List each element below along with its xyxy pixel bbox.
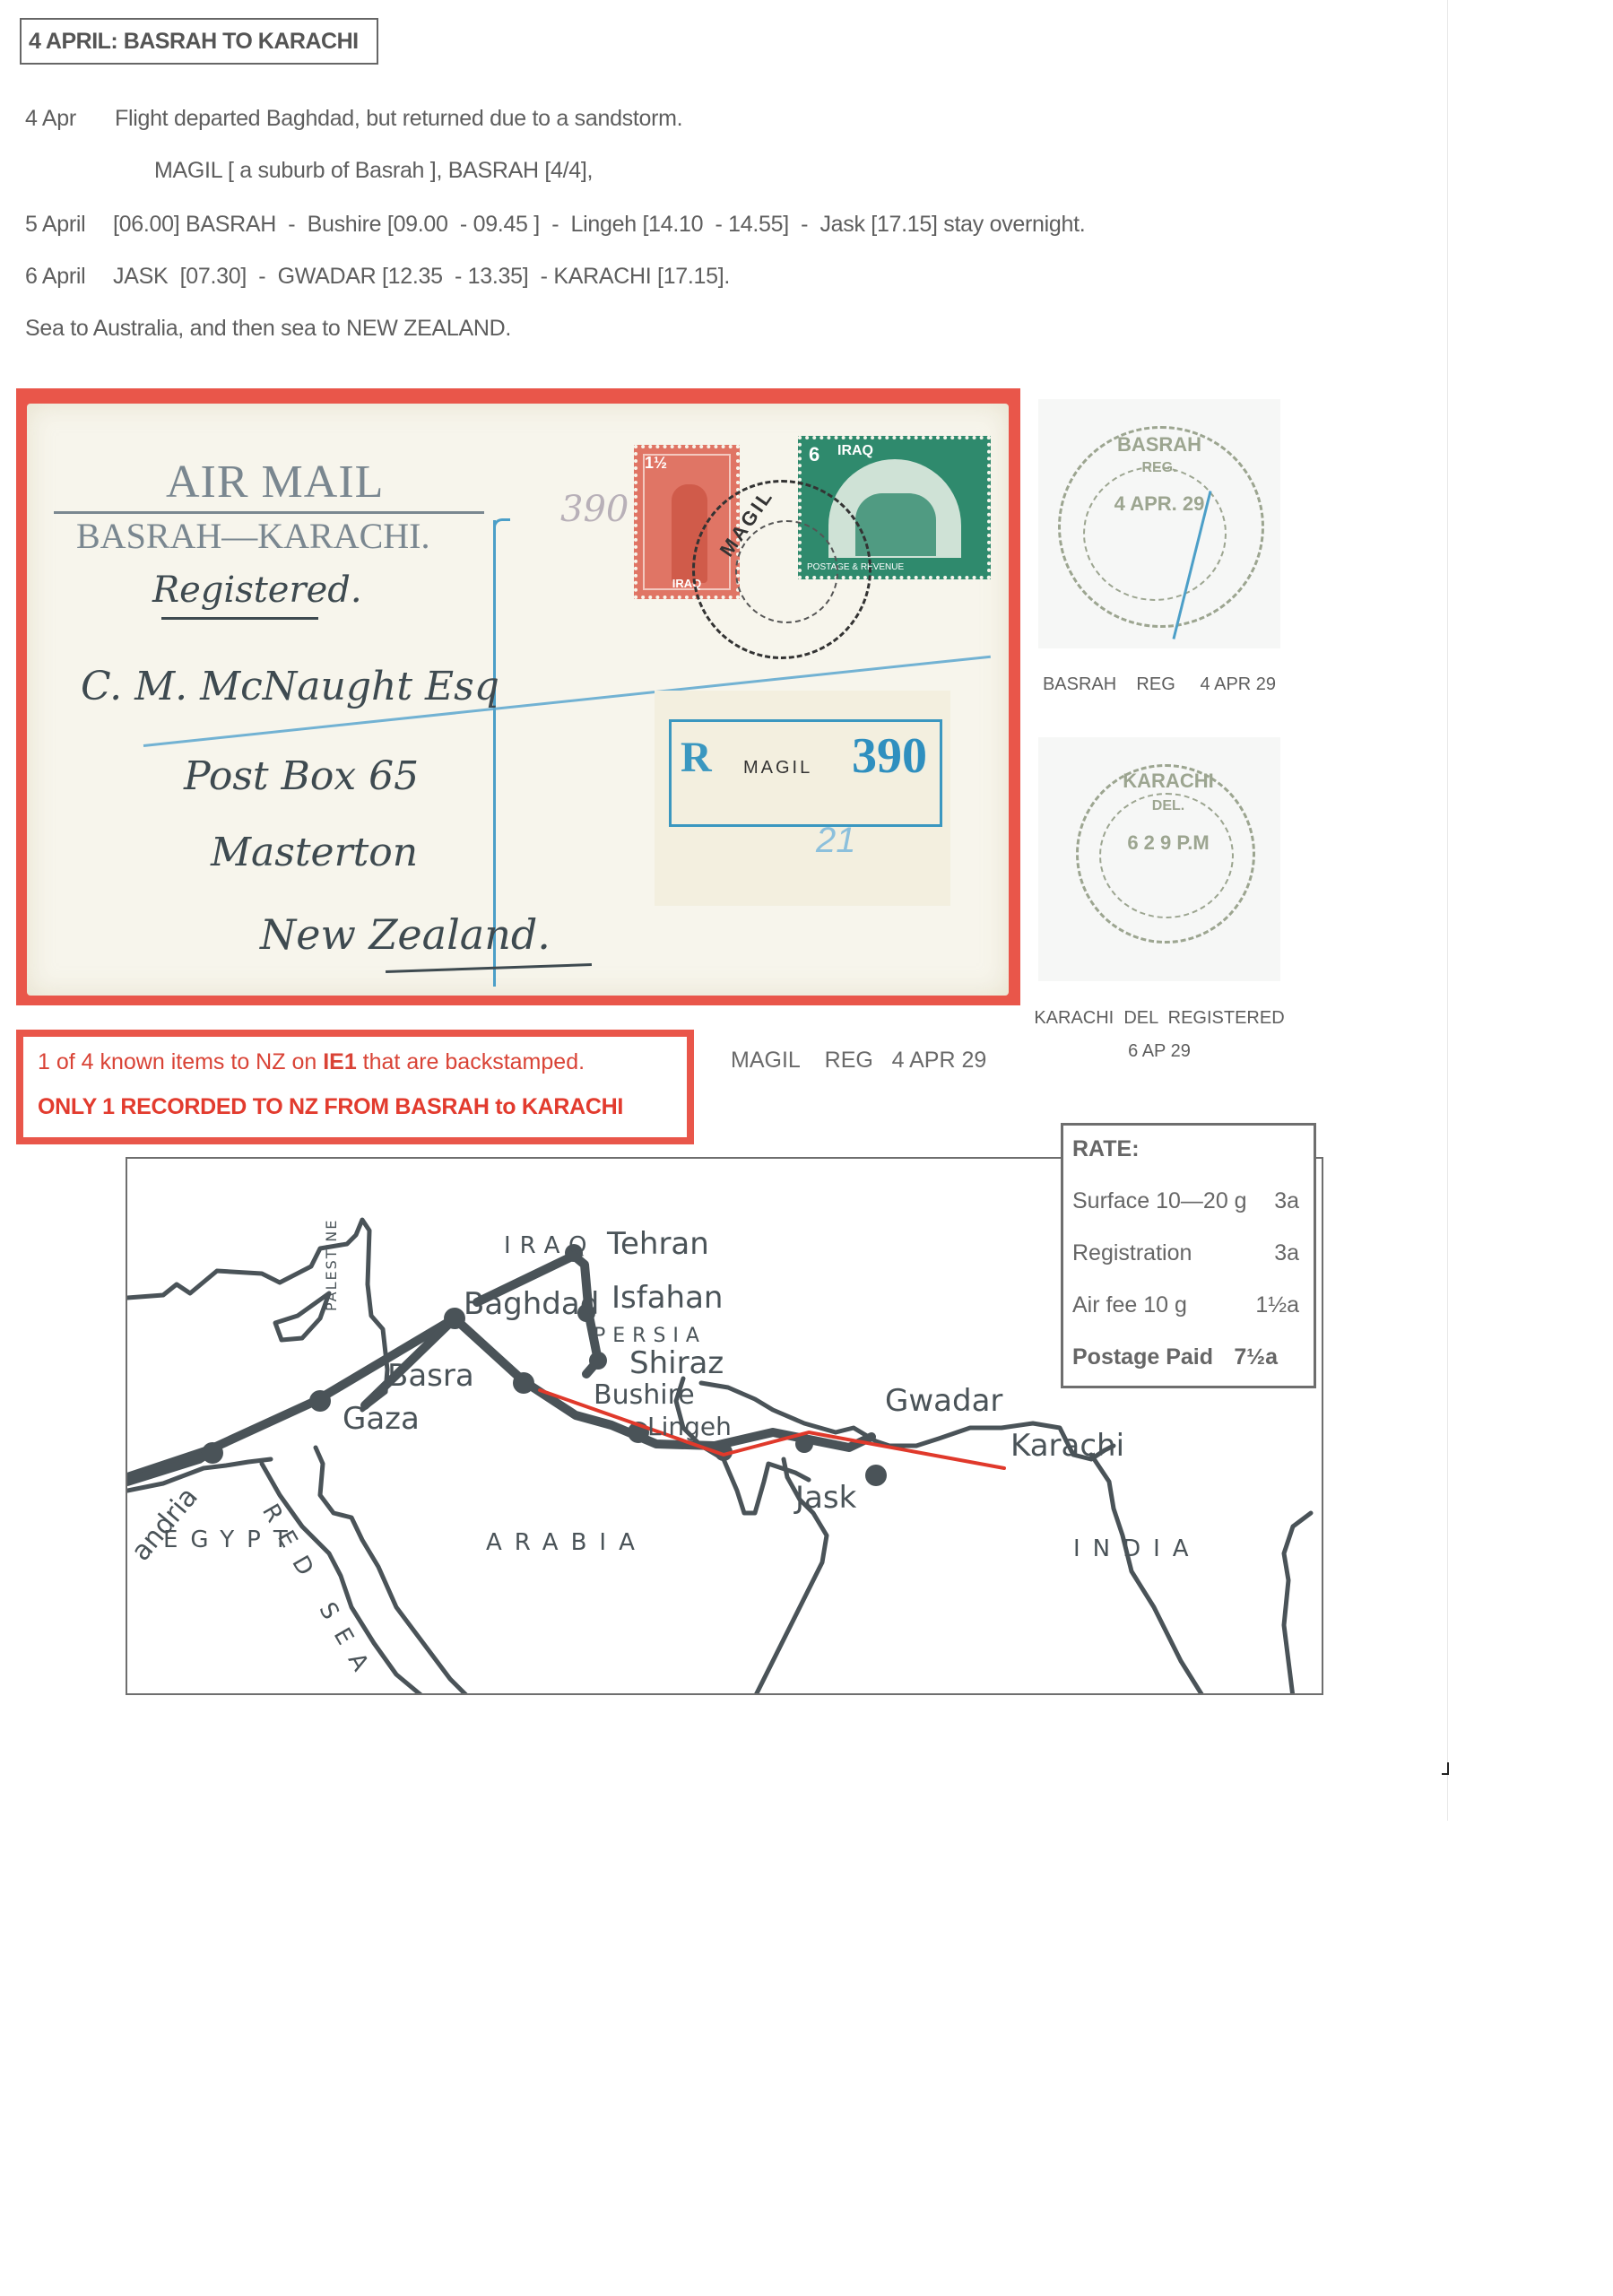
map-city-bushire: Bushire [594, 1379, 695, 1411]
itinerary-line-1: 4 AprFlight departed Baghdad, but return… [25, 106, 682, 132]
map-city-lingeh: Lingeh [647, 1412, 732, 1441]
address-country: New Zealand. [260, 910, 551, 959]
itinerary-line-5: Sea to Australia, and then sea to NEW ZE… [25, 316, 511, 342]
address-town: Masterton [211, 830, 418, 875]
stamp-value: 6 [809, 443, 820, 466]
page-title: 4 APRIL: BASRAH TO KARACHI [20, 18, 378, 65]
postmark-sub: DEL. [1101, 798, 1236, 814]
magil-postmark-caption: MAGIL REG 4 APR 29 [731, 1048, 986, 1074]
stamp-value: 1½ [645, 454, 667, 473]
envelope-image: AIR MAIL BASRAH—KARACHI. 390 Registered.… [27, 404, 1009, 996]
rate-row-surface: Surface 10—20 g3a [1072, 1188, 1299, 1214]
map-city-jask: Jask [795, 1480, 856, 1516]
rate-title: RATE: [1072, 1136, 1140, 1162]
postmark-sub: REG. [1092, 460, 1227, 476]
rarity-note-line-2: ONLY 1 RECORDED TO NZ FROM BASRAH to KAR… [38, 1094, 623, 1120]
page-edge [1447, 0, 1448, 1821]
registered-underline [161, 617, 318, 620]
map-region-iraq: IRAQ [504, 1232, 595, 1259]
itinerary-line-4: 6 AprilJASK [07.30] - GWADAR [12.35 - 13… [25, 264, 730, 290]
address-name: C. M. McNaught Esq [81, 664, 499, 709]
blue-crayon-hook [493, 518, 510, 532]
route-cachet: BASRAH—KARACHI. [76, 515, 430, 557]
registration-label: R MAGIL 390 [669, 719, 942, 827]
country-underline [386, 963, 592, 973]
registration-prefix: R [681, 733, 712, 782]
postmark-date: 6 2 9 P.M [1101, 831, 1236, 855]
map-city-baghdad: Baghdad [464, 1286, 599, 1322]
postmark-town: KARACHI [1101, 770, 1236, 793]
karachi-postmark-image: KARACHI DEL. 6 2 9 P.M [1038, 737, 1280, 981]
basrah-postmark-caption: BASRAH REG 4 APR 29 [1038, 674, 1280, 695]
map-city-gwadar: Gwadar [885, 1383, 1002, 1419]
rarity-note-line-1: 1 of 4 known items to NZ on IE1 that are… [38, 1049, 585, 1075]
karachi-postmark-caption-1: KARACHI DEL REGISTERED [1029, 1008, 1289, 1029]
map-city-karachi: Karachi [1010, 1428, 1124, 1464]
map-city-basra: Basra [387, 1358, 474, 1394]
rarity-note-box: 1 of 4 known items to NZ on IE1 that are… [16, 1030, 694, 1144]
basrah-postmark-image: BASRAH REG. 4 APR. 29 [1038, 399, 1280, 648]
postmark-town: BASRAH [1092, 433, 1227, 457]
pencil-number: 390 [560, 489, 629, 530]
registration-pencil-mark: 21 [816, 821, 856, 861]
map-region-persia: PERSIA [594, 1325, 707, 1347]
map-city-tehran: Tehran [607, 1226, 709, 1262]
rate-box: RATE: Surface 10—20 g3a Registration3a A… [1061, 1123, 1316, 1388]
map-city-isfahan: Isfahan [611, 1280, 723, 1316]
map-city-gaza: Gaza [343, 1401, 420, 1437]
stamp-country: IRAQ [837, 443, 873, 459]
itinerary-line-2: MAGIL [ a suburb of Basrah ], BASRAH [4/… [154, 158, 593, 184]
handwritten-registered: Registered. [152, 570, 362, 611]
itinerary-line-3: 5 April[06.00] BASRAH - Bushire [09.00 -… [25, 212, 1085, 238]
registration-number: 390 [852, 727, 927, 785]
page-corner-mark [1442, 1762, 1449, 1775]
rate-row-air-fee: Air fee 10 g1½a [1072, 1292, 1299, 1318]
map-region-india: INDIA [1073, 1535, 1201, 1562]
registration-office: MAGIL [743, 758, 812, 778]
airmail-cachet: AIR MAIL [166, 456, 384, 509]
postmark-inner-ring [1083, 466, 1227, 601]
map-region-palestine: PALESTINE [323, 1219, 340, 1311]
rate-row-registration: Registration3a [1072, 1240, 1299, 1266]
karachi-postmark-caption-2: 6 AP 29 [1029, 1041, 1289, 1062]
map-region-arabia: ARABIA [486, 1529, 647, 1556]
cachet-rule [54, 511, 484, 514]
rate-row-postage-paid: Postage Paid7½a [1072, 1344, 1278, 1370]
address-po-box: Post Box 65 [184, 753, 419, 799]
map-city-shiraz: Shiraz [629, 1345, 724, 1381]
